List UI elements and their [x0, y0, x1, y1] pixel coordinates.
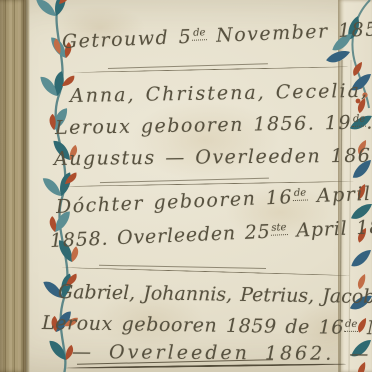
leaf-icon [36, 74, 61, 98]
leaf-icon [45, 338, 70, 362]
record-line: Dóchter gebooren 16de April [56, 183, 372, 218]
ordinal-superscript: de [352, 114, 367, 127]
divider-line [62, 267, 350, 276]
section-divider [62, 263, 350, 276]
page-edge-shadow [26, 0, 30, 372]
handwritten-text: April 1858 [287, 215, 372, 242]
family-register-page: Getrouwd 5de November 1854 Anna, Christe… [0, 0, 372, 372]
book-page-edges [0, 0, 26, 372]
handwritten-text: Maart [358, 317, 372, 340]
vine-leaf-cluster [33, 0, 70, 18]
record-line: Gabriel, Johannis, Petrius, Jacobus, [58, 281, 372, 308]
handwritten-text: . [366, 111, 372, 133]
handwritten-text: Dóchter gebooren 16 [56, 186, 294, 218]
record-line: Anna, Christena, Cecelia, [70, 80, 369, 107]
ordinal-superscript: ste [270, 222, 288, 236]
leaf-icon [33, 0, 60, 18]
record-line: Augustus — Overleeden 1866. — [54, 144, 372, 170]
section-divider [72, 62, 348, 73]
handwritten-text: Leroux gebooren 1856. 19 [55, 112, 352, 139]
record-line: Leroux gebooren 1859 de 16de Maart [42, 312, 372, 340]
leaf-icon [50, 0, 71, 17]
record-line: Leroux gebooren 1856. 19de. [55, 111, 372, 139]
handwritten-text: Getrouwd 5 [62, 26, 193, 53]
bud-icon [59, 0, 70, 6]
handwritten-text: Leroux gebooren 1859 de 16 [42, 312, 344, 339]
ordinal-superscript: de [344, 319, 359, 332]
handwritten-text: Gabriel, Johannis, Petrius, Jacobus, [58, 281, 372, 308]
handwritten-text: Augustus — Overleeden 1866. — [54, 144, 372, 170]
record-line: 1858. Overleeden 25ste April 1858 [50, 215, 372, 252]
ordinal-superscript: de [192, 27, 207, 41]
ordinal-superscript: de [293, 187, 308, 201]
leaf-icon [50, 70, 68, 97]
handwritten-text: 1858. Overleeden 25 [50, 221, 271, 252]
handwritten-text: Anna, Christena, Cecelia, [70, 80, 369, 107]
handwritten-text: April [307, 183, 372, 208]
vine-leaf-cluster [45, 338, 74, 362]
record-line: Getrouwd 5de November 1854 [62, 18, 372, 53]
